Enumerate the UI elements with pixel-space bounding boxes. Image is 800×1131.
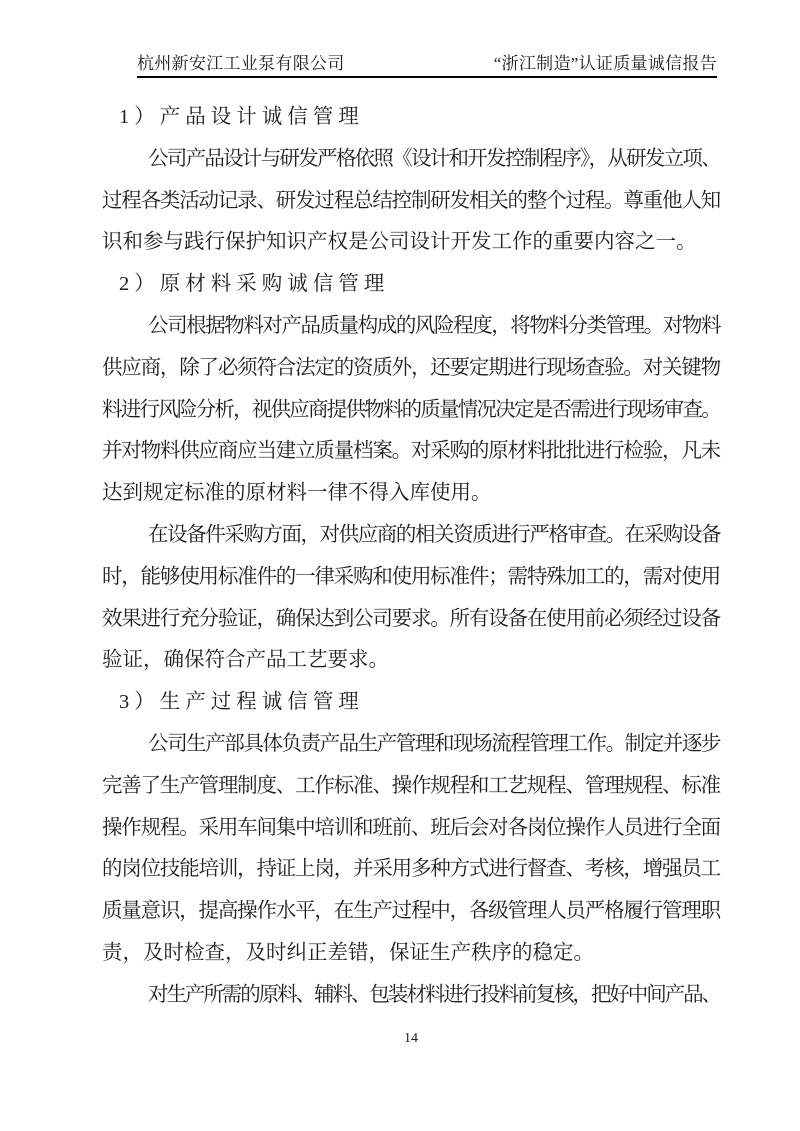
text-line: 3）生产过程诚信管理 <box>102 682 720 724</box>
text-line: 完善了生产管理制度、工作标准、操作规程和工艺规程、管理规程、标准 <box>102 766 720 808</box>
text-line: 时，能够使用标准件的一律采购和使用标准件；需特殊加工的，需对使用 <box>102 557 720 599</box>
text-line-content: 1）产品设计诚信管理 <box>119 106 364 128</box>
page-number: 14 <box>404 1031 418 1046</box>
text-line: 供应商，除了必须符合法定的资质外，还要定期进行现场查验。对关键物 <box>102 348 720 390</box>
page-header: 杭州新安江工业泵有限公司 “浙江制造”认证质量诚信报告 <box>137 53 717 78</box>
text-line: 达到规定标准的原材料一律不得入库使用。 <box>102 473 720 515</box>
text-line: 公司根据物料对产品质量构成的风险程度，将物料分类管理。对物料 <box>102 306 720 348</box>
document-body: 1）产品设计诚信管理 公司产品设计与研发严格依照《设计和开发控制程序》，从研发立… <box>102 97 720 1017</box>
text-line-content: 验证，确保符合产品工艺要求。 <box>102 649 389 671</box>
text-line-content: 在设备件采购方面，对供应商的相关资质进行严格审查。在采购设备 <box>148 524 720 546</box>
text-line-content: 识和参与践行保护知识产权是公司设计开发工作的重要内容之一。 <box>102 231 697 253</box>
text-line-content: 效果进行充分验证，确保达到公司要求。所有设备在使用前必须经过设备 <box>102 608 720 630</box>
text-line-content: 2）原材料采购诚信管理 <box>119 273 389 295</box>
text-line-content: 3）生产过程诚信管理 <box>119 691 364 713</box>
text-line: 料进行风险分析，视供应商提供物料的质量情况决定是否需进行现场审查。 <box>102 390 720 432</box>
text-line-content: 操作规程。采用车间集中培训和班前、班后会对各岗位操作人员进行全面 <box>102 817 720 839</box>
text-line-content: 供应商，除了必须符合法定的资质外，还要定期进行现场查验。对关键物 <box>102 357 720 379</box>
text-line-content: 责，及时检查，及时纠正差错，保证生产秩序的稳定。 <box>102 942 594 964</box>
text-line: 验证，确保符合产品工艺要求。 <box>102 640 720 682</box>
text-line: 公司产品设计与研发严格依照《设计和开发控制程序》，从研发立项、 <box>102 139 720 181</box>
text-line-content: 料进行风险分析，视供应商提供物料的质量情况决定是否需进行现场审查。 <box>102 399 720 421</box>
text-line-content: 并对物料供应商应当建立质量档案。对采购的原材料批批进行检验，凡未 <box>102 440 720 462</box>
text-line-content: 达到规定标准的原材料一律不得入库使用。 <box>102 482 492 504</box>
page-footer: 14 <box>102 1030 720 1048</box>
text-line: 责，及时检查，及时纠正差错，保证生产秩序的稳定。 <box>102 933 720 975</box>
text-line-content: 公司产品设计与研发严格依照《设计和开发控制程序》，从研发立项、 <box>148 148 720 170</box>
text-line-content: 公司根据物料对产品质量构成的风险程度，将物料分类管理。对物料 <box>148 315 720 337</box>
text-line: 对生产所需的原料、辅料、包装材料进行投料前复核，把好中间产品、 <box>102 975 720 1017</box>
text-line: 的岗位技能培训，持证上岗，并采用多种方式进行督查、考核，增强员工 <box>102 849 720 891</box>
text-line: 在设备件采购方面，对供应商的相关资质进行严格审查。在采购设备 <box>102 515 720 557</box>
text-line: 识和参与践行保护知识产权是公司设计开发工作的重要内容之一。 <box>102 222 720 264</box>
header-report-title: “浙江制造”认证质量诚信报告 <box>494 53 717 74</box>
text-line-content: 时，能够使用标准件的一律采购和使用标准件；需特殊加工的，需对使用 <box>102 566 720 588</box>
text-line: 公司生产部具体负责产品生产管理和现场流程管理工作。制定并逐步 <box>102 724 720 766</box>
text-line: 操作规程。采用车间集中培训和班前、班后会对各岗位操作人员进行全面 <box>102 808 720 850</box>
text-line: 1）产品设计诚信管理 <box>102 97 720 139</box>
text-line-content: 质量意识，提高操作水平，在生产过程中，各级管理人员严格履行管理职 <box>102 900 720 922</box>
text-line-content: 过程各类活动记录、研发过程总结控制研发相关的整个过程。尊重他人知 <box>102 190 720 212</box>
text-line: 过程各类活动记录、研发过程总结控制研发相关的整个过程。尊重他人知 <box>102 181 720 223</box>
document-page: 杭州新安江工业泵有限公司 “浙江制造”认证质量诚信报告 1）产品设计诚信管理 公… <box>0 0 800 1131</box>
text-line-content: 公司生产部具体负责产品生产管理和现场流程管理工作。制定并逐步 <box>148 733 720 755</box>
header-company-name: 杭州新安江工业泵有限公司 <box>137 53 345 74</box>
text-line-content: 的岗位技能培训，持证上岗，并采用多种方式进行督查、考核，增强员工 <box>102 858 720 880</box>
text-line-content: 完善了生产管理制度、工作标准、操作规程和工艺规程、管理规程、标准 <box>102 775 720 797</box>
text-line: 2）原材料采购诚信管理 <box>102 264 720 306</box>
text-line-content: 对生产所需的原料、辅料、包装材料进行投料前复核，把好中间产品、 <box>148 984 720 1006</box>
text-line: 质量意识，提高操作水平，在生产过程中，各级管理人员严格履行管理职 <box>102 891 720 933</box>
text-line: 并对物料供应商应当建立质量档案。对采购的原材料批批进行检验，凡未 <box>102 431 720 473</box>
text-line: 效果进行充分验证，确保达到公司要求。所有设备在使用前必须经过设备 <box>102 599 720 641</box>
